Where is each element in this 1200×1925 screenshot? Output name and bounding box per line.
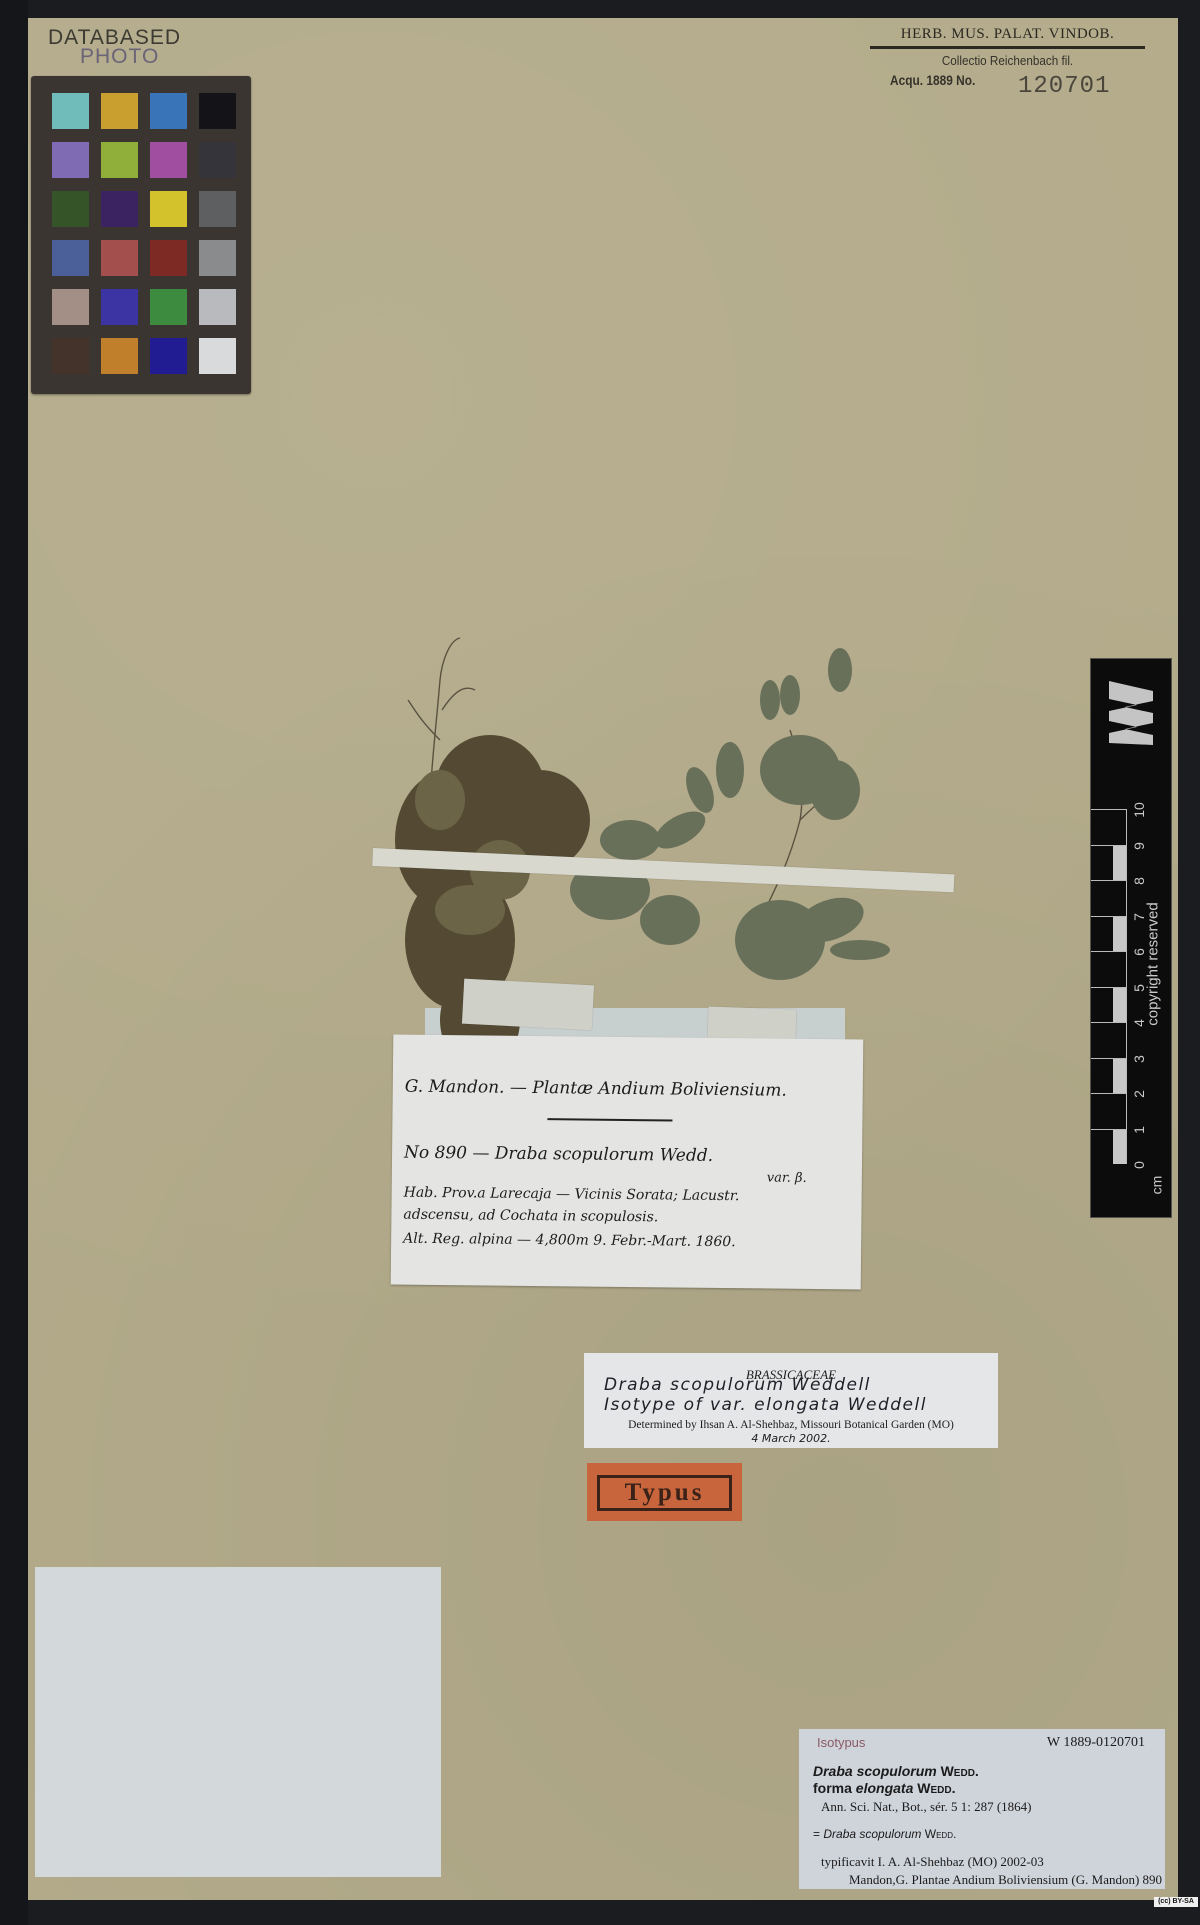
- ruler-segment: [1091, 845, 1127, 881]
- determination-handwritten-2: Isotype of var. elongata Weddell: [604, 1395, 927, 1415]
- original-collection-label: G. Mandon. — Plantæ Andium Boliviensium.…: [391, 1035, 864, 1290]
- ruler-segment: [1091, 1022, 1127, 1058]
- color-swatch: [52, 93, 89, 129]
- copyright-text: copyright reserved: [1141, 839, 1165, 1089]
- ruler-tick-label: 0: [1131, 1155, 1147, 1175]
- herbarium-header: HERB. MUS. PALAT. VINDOB. Collectio Reic…: [870, 26, 1145, 68]
- specimen-barcode: W 1889-0120701: [1047, 1735, 1145, 1751]
- license-badge: (cc) BY-SA: [1154, 1897, 1198, 1907]
- typus-text: Typus: [597, 1475, 732, 1511]
- scale-ruler: 012345678910 copyright reserved cm: [1090, 658, 1172, 1218]
- infraspecific-name: forma elongata Wedd.: [813, 1780, 955, 1796]
- color-swatch: [52, 240, 89, 276]
- isotype-label: Isotypus W 1889-0120701 Draba scopulorum…: [799, 1729, 1165, 1889]
- color-swatch: [150, 142, 187, 178]
- ruler-segment: [1091, 1129, 1127, 1165]
- label-rule: [547, 1118, 672, 1121]
- ruler-segment: [1091, 1093, 1127, 1129]
- determination-date: 4 March 2002.: [584, 1432, 998, 1445]
- ruler-unit: cm: [1148, 1176, 1164, 1195]
- determination-handwritten-1: Draba scopulorum Weddell: [604, 1375, 871, 1395]
- determined-by: Determined by Ihsan A. Al-Shehbaz, Misso…: [584, 1419, 998, 1431]
- mounting-tape: [707, 1006, 796, 1041]
- ruler-segment: [1091, 880, 1127, 916]
- collection-name: Collectio Reichenbach fil.: [884, 53, 1132, 68]
- blank-label: [35, 1567, 441, 1877]
- color-swatch: [150, 93, 187, 129]
- collection-citation: Mandon,G. Plantae Andium Boliviensium (G…: [849, 1872, 1162, 1888]
- type-status: Isotypus: [817, 1735, 865, 1750]
- label-line-collector: G. Mandon. — Plantæ Andium Boliviensium.: [405, 1077, 787, 1101]
- synonym-author: Wedd.: [925, 1827, 957, 1841]
- ruler-segment: [1091, 809, 1127, 845]
- color-swatch: [199, 142, 236, 178]
- publication: Ann. Sci. Nat., Bot., sér. 5 1: 287 (186…: [821, 1799, 1032, 1815]
- color-swatch: [52, 142, 89, 178]
- color-swatch: [101, 289, 138, 325]
- photo-stamp: PHOTO: [80, 47, 159, 67]
- color-swatch: [199, 338, 236, 374]
- label-line-habitat: Hab. Prov.a Larecaja — Vicinis Sorata; L…: [404, 1185, 740, 1205]
- color-swatch: [199, 191, 236, 227]
- typus-label: Typus: [587, 1463, 742, 1521]
- color-calibration-card: [31, 76, 251, 394]
- forma-epithet: elongata: [856, 1780, 914, 1796]
- label-line-locality: adscensu, ad Cochata in scopulosis.: [403, 1207, 658, 1226]
- color-swatch: [52, 289, 89, 325]
- w-logo-icon: [1105, 677, 1157, 747]
- color-swatch: [150, 338, 187, 374]
- color-swatch: [199, 240, 236, 276]
- color-swatch: [150, 191, 187, 227]
- taxon-author: Wedd.: [941, 1763, 979, 1779]
- synonym-prefix: =: [813, 1827, 820, 1841]
- herbarium-title: HERB. MUS. PALAT. VINDOB.: [870, 26, 1145, 43]
- label-line-altitude: Alt. Reg. alpina — 4,800m 9. Febr.-Mart.…: [403, 1231, 736, 1250]
- ruler-segment: [1091, 987, 1127, 1023]
- color-swatch: [101, 191, 138, 227]
- color-swatch: [52, 338, 89, 374]
- color-swatch: [199, 93, 236, 129]
- color-swatch: [150, 289, 187, 325]
- forma-author: Wedd.: [917, 1780, 955, 1796]
- header-rule: [870, 46, 1145, 49]
- label-line-taxon: No 890 — Draba scopulorum Wedd.: [404, 1143, 713, 1166]
- typification: typificavit I. A. Al-Shehbaz (MO) 2002-0…: [821, 1854, 1044, 1870]
- ruler-segment: [1091, 916, 1127, 952]
- rank: forma: [813, 1780, 852, 1796]
- color-swatch: [101, 93, 138, 129]
- synonym-taxon: Draba scopulorum: [823, 1827, 921, 1841]
- color-swatch: [52, 191, 89, 227]
- color-swatch: [101, 338, 138, 374]
- background-edge: [0, 0, 28, 1925]
- color-swatch: [101, 142, 138, 178]
- acquisition-label: Acqu. 1889 No.: [890, 72, 975, 88]
- ruler-segment: [1091, 1058, 1127, 1094]
- ruler-segment: [1091, 951, 1127, 987]
- taxon-epithet: Draba scopulorum: [813, 1763, 937, 1779]
- ruler-tick-label: 1: [1131, 1120, 1147, 1140]
- determination-label: BRASSICACEAE Draba scopulorum Weddell Is…: [584, 1353, 998, 1448]
- taxon-name: Draba scopulorum Wedd.: [813, 1763, 979, 1779]
- label-line-variety: var. β.: [767, 1170, 807, 1185]
- synonym: = Draba scopulorum Wedd.: [813, 1827, 956, 1841]
- color-swatch: [101, 240, 138, 276]
- ruler-scale-bar: [1091, 809, 1127, 1164]
- accession-number: 120701: [1018, 73, 1110, 100]
- mounting-tape: [462, 979, 594, 1031]
- color-swatch: [199, 289, 236, 325]
- color-swatch: [150, 240, 187, 276]
- ruler-tick-label: 10: [1131, 800, 1147, 820]
